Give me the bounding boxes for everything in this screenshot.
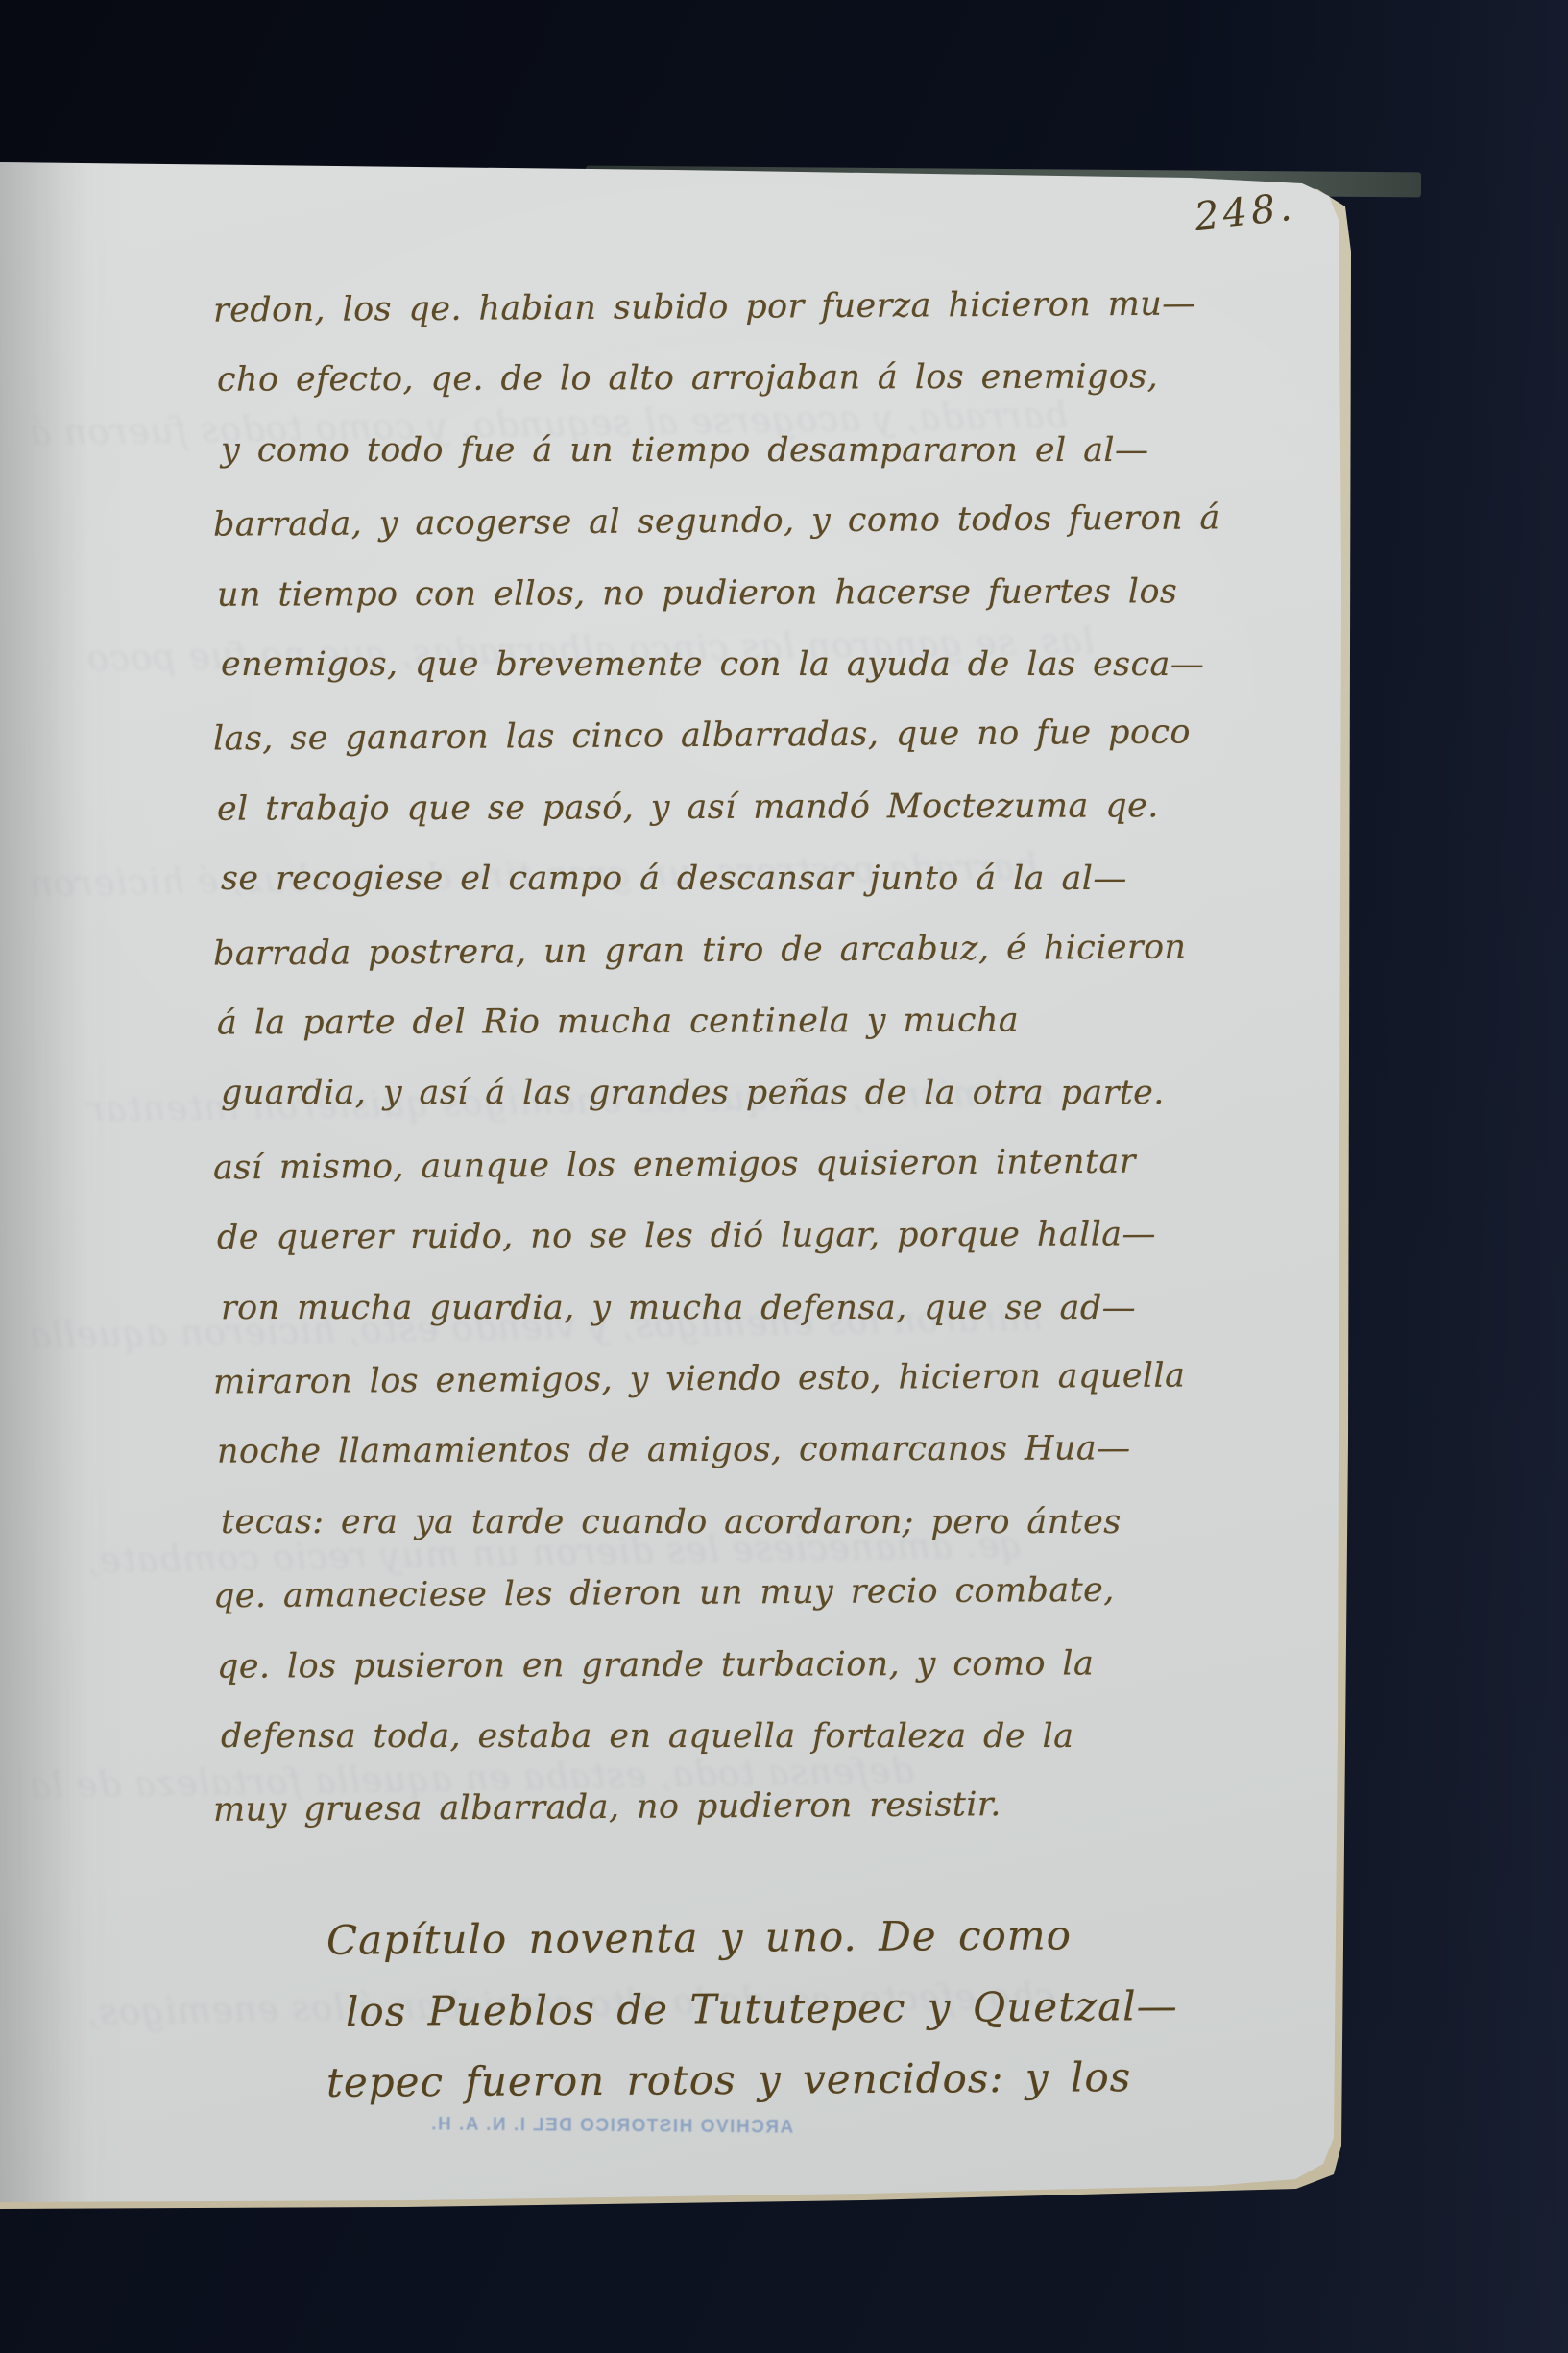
chapter-heading: Capítulo noventa y uno. De comolos Puebl… (0, 0, 1568, 2353)
photo-canvas: barrada, y acogerse al segundo, y como t… (0, 0, 1568, 2353)
manuscript-page: barrada, y acogerse al segundo, y como t… (0, 0, 1568, 2353)
chapter-heading-line: Capítulo noventa y uno. De como (326, 1911, 1072, 1963)
chapter-heading-line: los Pueblos de Tututepec y Quetzal— (346, 1982, 1178, 2035)
chapter-heading-line: tepec fueron rotos y vencidos: y los (326, 2053, 1132, 2106)
archive-stamp: ARCHIVO HISTORICO DEL I. N. A. H. (420, 2114, 804, 2138)
